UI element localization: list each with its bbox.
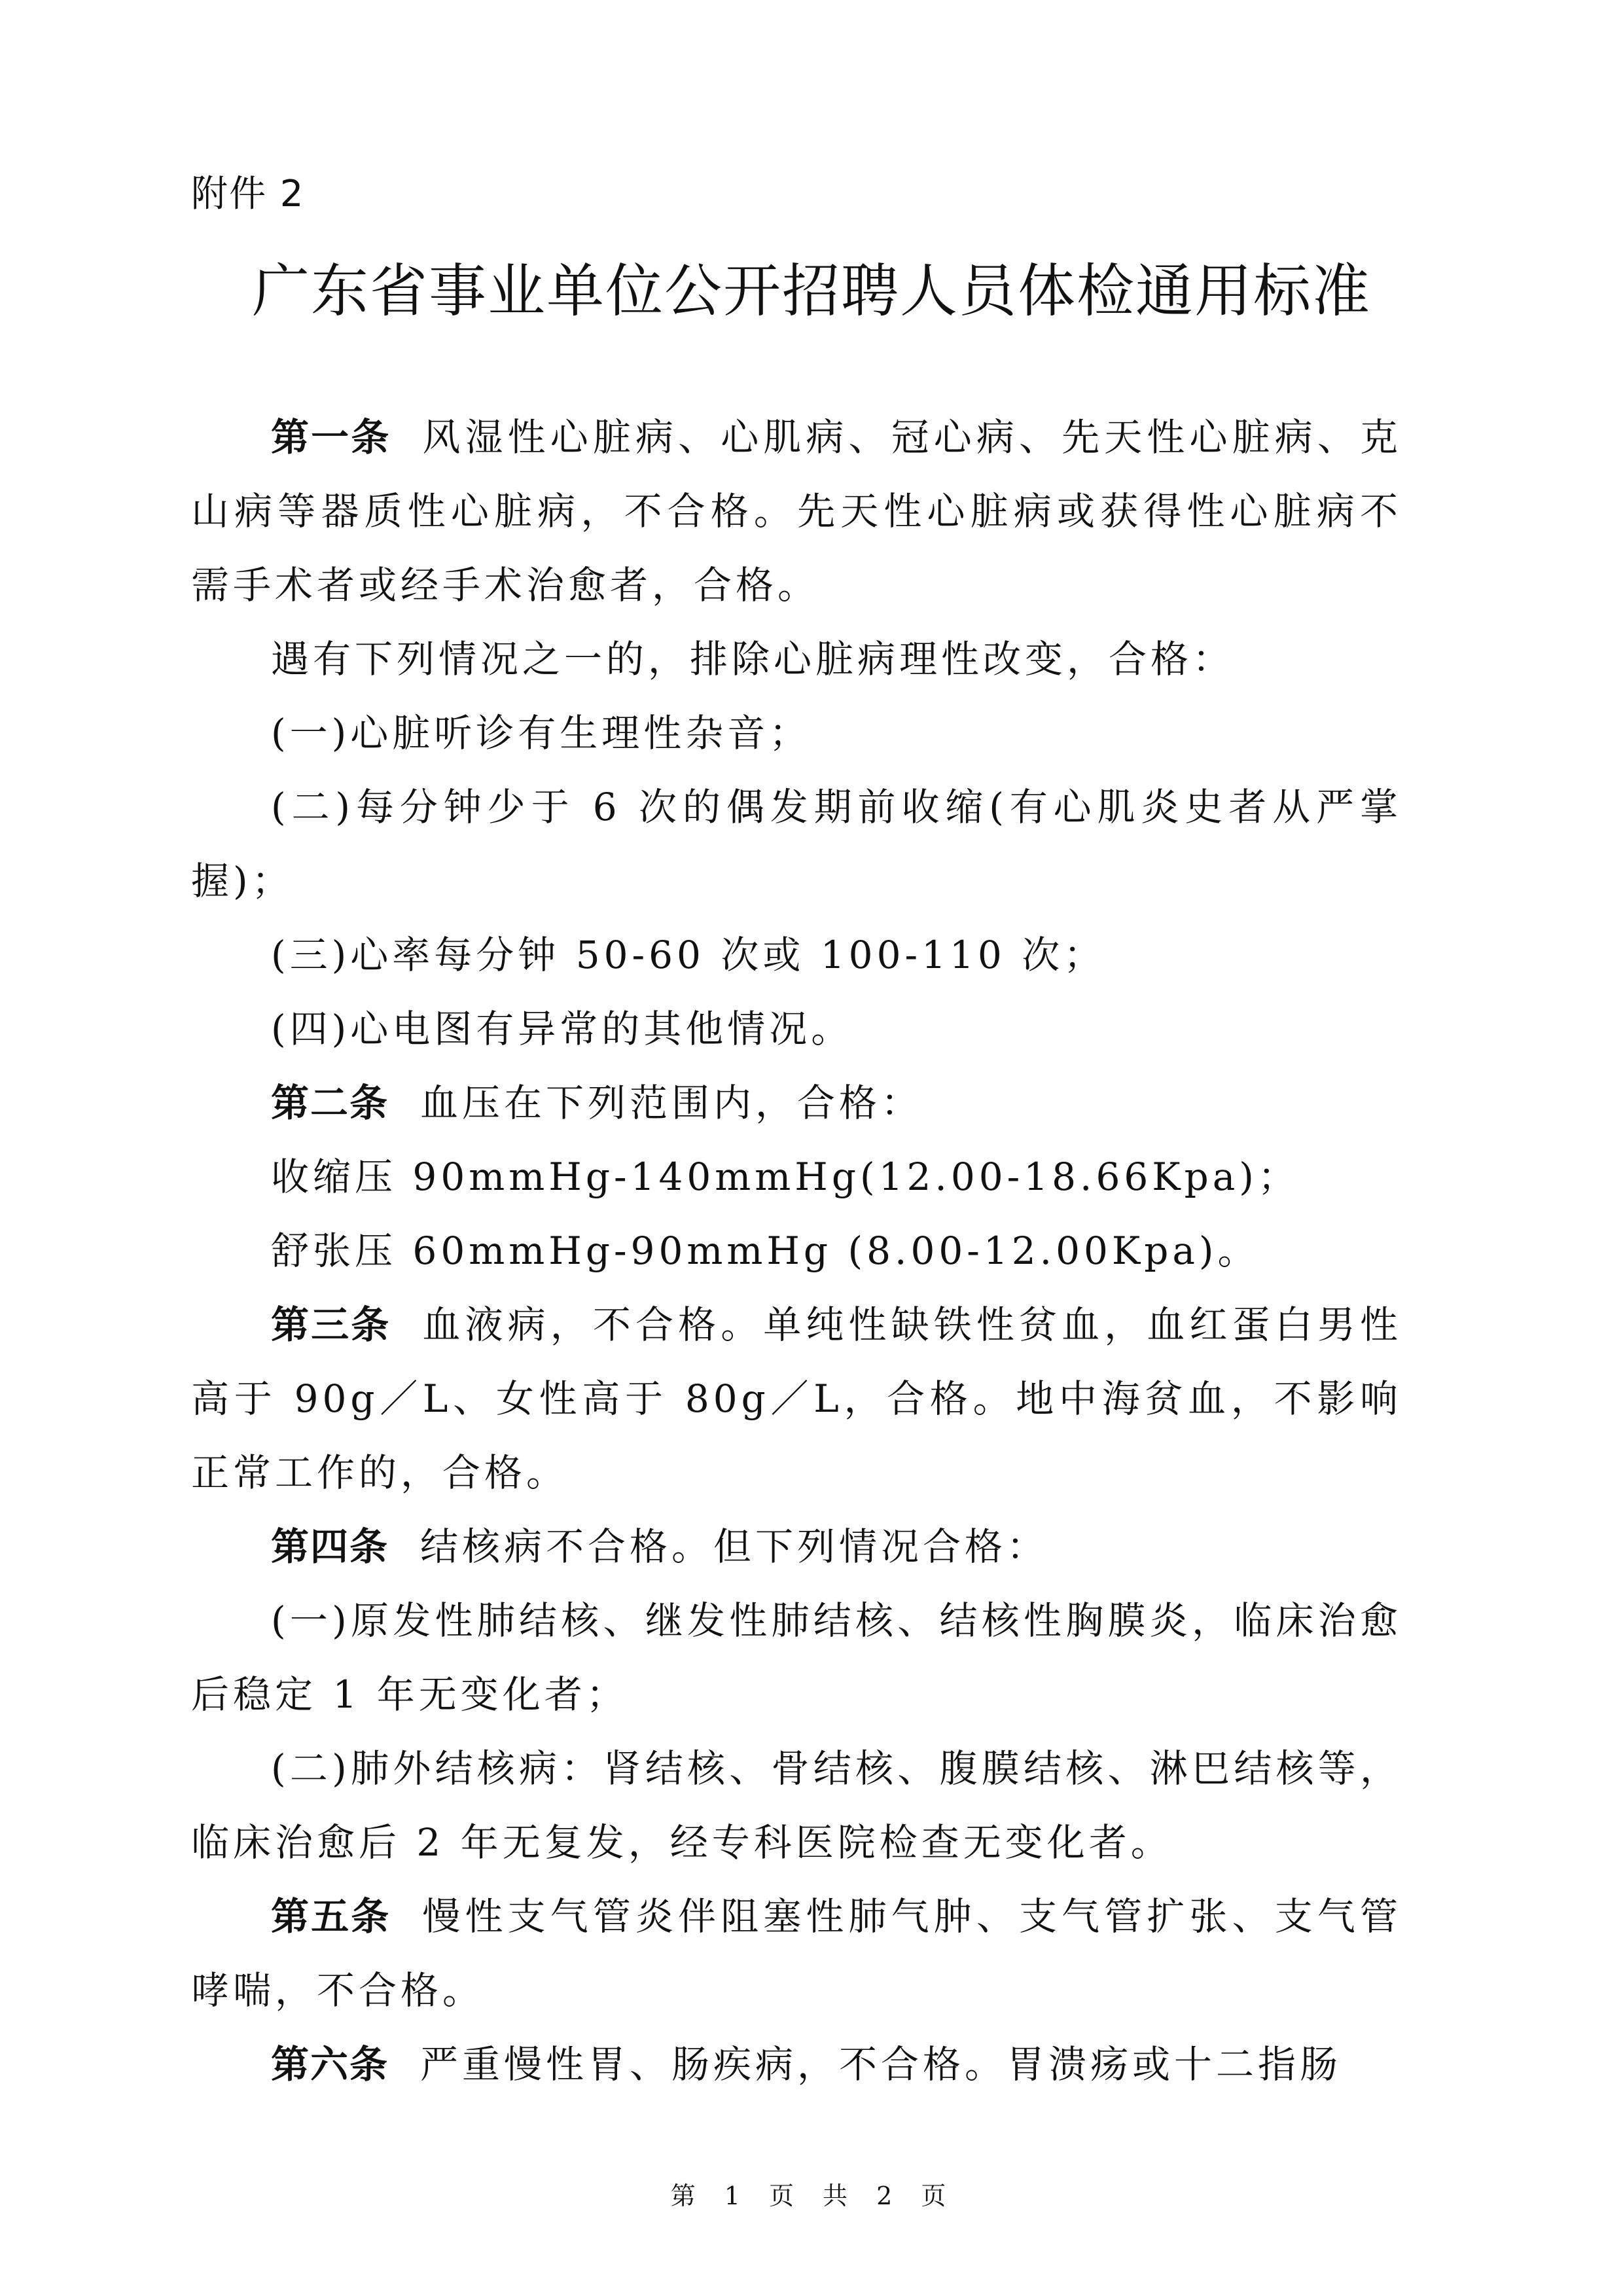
article-heading: 第二条: [271, 1081, 389, 1125]
paragraph-text: (三)心率每分钟 50-60 次或 100-110 次；: [271, 933, 1105, 977]
paragraph-text: 结核病不合格。但下列情况合格：: [420, 1524, 1048, 1569]
article-heading: 第三条: [271, 1302, 391, 1347]
paragraph-text: 遇有下列情况之一的，排除心脏病理性改变，合格：: [271, 637, 1234, 681]
paragraph: 遇有下列情况之一的，排除心脏病理性改变，合格：: [191, 622, 1402, 696]
paragraph-article-3: 第三条血液病，不合格。单纯性缺铁性贫血，血红蛋白男性高于 90g／L、女性高于 …: [191, 1288, 1402, 1510]
list-item: 舒张压 60mmHg-90mmHg (8.00-12.00Kpa)。: [191, 1214, 1402, 1288]
paragraph-text: (一)心脏听诊有生理性杂音；: [271, 711, 811, 755]
paragraph-article-4: 第四条结核病不合格。但下列情况合格：: [191, 1510, 1402, 1584]
paragraph-article-6: 第六条严重慢性胃、肠疾病，不合格。胃溃疡或十二指肠: [191, 2028, 1402, 2102]
list-item: (一)心脏听诊有生理性杂音；: [191, 696, 1402, 770]
attachment-label: 附件 2: [191, 171, 304, 217]
article-heading: 第四条: [271, 1524, 389, 1569]
article-heading: 第五条: [271, 1894, 391, 1939]
paragraph-text: 收缩压 90mmHg-140mmHg(12.00-18.66Kpa)；: [271, 1155, 1300, 1199]
paragraph-article-5: 第五条慢性支气管炎伴阻塞性肺气肿、支气管扩张、支气管哮喘，不合格。: [191, 1880, 1402, 2028]
document-page: 附件 2 广东省事业单位公开招聘人员体检通用标准 第一条风湿性心脏病、心肌病、冠…: [0, 0, 1623, 2296]
list-item: (三)心率每分钟 50-60 次或 100-110 次；: [191, 918, 1402, 992]
list-item: (一)原发性肺结核、继发性肺结核、结核性胸膜炎，临床治愈后稳定 1 年无变化者；: [191, 1584, 1402, 1732]
article-heading: 第一条: [271, 415, 391, 459]
paragraph-text: (四)心电图有异常的其他情况。: [271, 1007, 853, 1051]
article-heading: 第六条: [271, 2042, 389, 2087]
list-item: (二)每分钟少于 6 次的偶发期前收缩(有心肌炎史者从严掌握)；: [191, 770, 1402, 918]
paragraph-text: 严重慢性胃、肠疾病，不合格。胃溃疡或十二指肠: [420, 2042, 1342, 2087]
paragraph-text: (二)每分钟少于 6 次的偶发期前收缩(有心肌炎史者从严掌握)；: [191, 785, 1402, 903]
document-body: 第一条风湿性心脏病、心肌病、冠心病、先天性心脏病、克山病等器质性心脏病，不合格。…: [191, 401, 1402, 2102]
page-number-footer: 第 1 页 共 2 页: [0, 2179, 1623, 2212]
paragraph-article-1: 第一条风湿性心脏病、心肌病、冠心病、先天性心脏病、克山病等器质性心脏病，不合格。…: [191, 401, 1402, 622]
list-item: 收缩压 90mmHg-140mmHg(12.00-18.66Kpa)；: [191, 1140, 1402, 1214]
list-item: (四)心电图有异常的其他情况。: [191, 992, 1402, 1066]
paragraph-text: 舒张压 60mmHg-90mmHg (8.00-12.00Kpa)。: [271, 1229, 1260, 1273]
paragraph-text: (二)肺外结核病：肾结核、骨结核、腹膜结核、淋巴结核等，临床治愈后 2 年无复发…: [191, 1746, 1402, 1865]
paragraph-text: (一)原发性肺结核、继发性肺结核、结核性胸膜炎，临床治愈后稳定 1 年无变化者；: [191, 1598, 1402, 1717]
list-item: (二)肺外结核病：肾结核、骨结核、腹膜结核、淋巴结核等，临床治愈后 2 年无复发…: [191, 1732, 1402, 1880]
document-title: 广东省事业单位公开招聘人员体检通用标准: [216, 255, 1407, 327]
paragraph-text: 血压在下列范围内，合格：: [420, 1081, 923, 1125]
paragraph-article-2: 第二条血压在下列范围内，合格：: [191, 1066, 1402, 1140]
